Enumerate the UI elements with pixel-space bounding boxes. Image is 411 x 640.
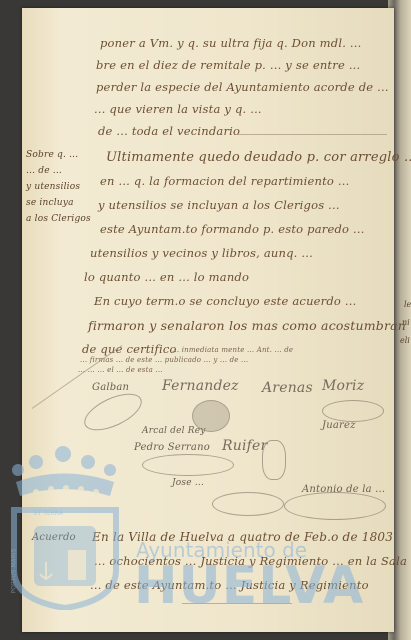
signature-flourish	[212, 492, 284, 516]
adjacent-page-text: le	[404, 300, 411, 309]
closing-rule	[182, 603, 292, 604]
margin-note-line: se incluya	[26, 198, 74, 208]
small-text-line: ... inmediata mente ... Ant. ... de	[172, 346, 293, 354]
signature-flourish	[142, 454, 234, 476]
text-line: Ultimamente quedo deudado p. cor arreglo…	[106, 150, 411, 165]
signature: Pedro Serrano	[134, 442, 210, 453]
margin-note-bottom: Acuerdo	[32, 532, 76, 543]
text-line: En la Villa de Huelva a quatro de Feb.o …	[92, 530, 393, 544]
margin-note-line: ... de ...	[26, 166, 62, 176]
signature-flourish	[262, 440, 286, 480]
text-line: ... ochocientos ... Justicia y Regimient…	[94, 554, 407, 568]
text-line: En cuyo term.o se concluyo este acuerdo …	[94, 294, 356, 308]
adjacent-page-text: eli	[400, 336, 410, 345]
signature-flourish	[79, 386, 147, 438]
text-line: poner a Vm. y q. su ultra fija q. Don md…	[100, 36, 362, 50]
text-line: en ... q. la formacion del repartimiento…	[100, 174, 349, 188]
text-line: firmaron y senalaron los mas como acostu…	[88, 318, 411, 333]
text-line: ... de este Ayuntam.to ... Justicia y Re…	[90, 578, 369, 592]
text-line: este Ayuntam.to formando p. esto paredo …	[100, 222, 365, 236]
text-line: y utensilios se incluyan a los Clerigos …	[98, 198, 340, 212]
margin-note-line: a los Clerigos	[26, 214, 91, 224]
watermark-motto-side: PORTUS MARIS	[11, 549, 18, 594]
text-line: de ... toda el vecindario	[98, 124, 240, 138]
line-filler-rule	[237, 134, 387, 135]
signature-flourish	[192, 400, 230, 432]
signature: Galban	[92, 382, 129, 393]
signature: Moriz	[322, 378, 364, 394]
text-line: perder la especie del Ayuntamiento acord…	[96, 80, 389, 94]
text-line: lo quanto ... en ... lo mando	[84, 270, 249, 284]
signature-flourish	[284, 492, 386, 520]
text-line: bre en el diez de remitale p. ... y se e…	[96, 58, 360, 72]
signature-flourish	[322, 400, 384, 422]
manuscript-page: poner a Vm. y q. su ultra fija q. Don md…	[22, 8, 394, 632]
signature: Jose ...	[172, 478, 204, 488]
text-line: ... que vieren la vista y q. ...	[94, 102, 262, 116]
signature: Arcal del Rey	[142, 426, 206, 436]
signature: Ruifer	[222, 438, 267, 454]
signature: Arenas	[262, 380, 313, 396]
text-line: de que certifico	[82, 342, 177, 356]
margin-note-line: y utensilios	[26, 182, 80, 192]
text-line: utensilios y vecinos y libros, aunq. ...	[90, 246, 313, 260]
margin-note-line: Sobre q. ...	[26, 150, 78, 160]
signature: Fernandez	[162, 378, 239, 394]
